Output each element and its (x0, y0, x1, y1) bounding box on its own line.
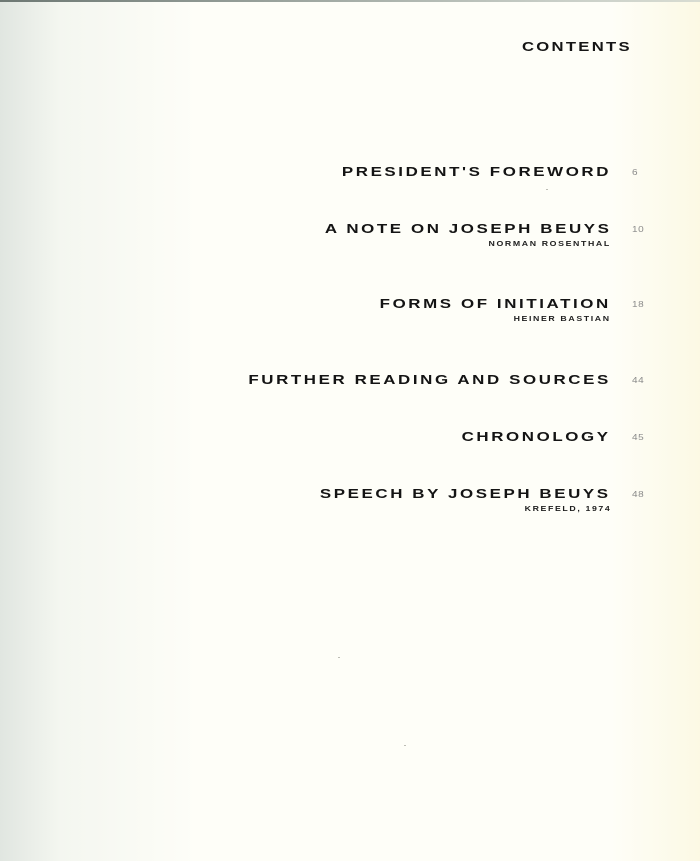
page-top-edge (0, 0, 700, 2)
toc-entry-title: SPEECH BY JOSEPH BEUYS (320, 486, 611, 501)
toc-entry-author: NORMAN ROSENTHAL (489, 241, 611, 248)
toc-entry-page-number: 48 (632, 490, 644, 499)
toc-entry-title: CHRONOLOGY (462, 429, 611, 444)
toc-entry-page-number: 18 (632, 300, 644, 309)
toc-entry-title: PRESIDENT'S FOREWORD (342, 164, 611, 179)
toc-entry-author: KREFELD, 1974 (524, 506, 611, 513)
toc-entry-title: FURTHER READING AND SOURCES (248, 372, 611, 387)
toc-entry-title: FORMS OF INITIATION (380, 296, 611, 311)
toc-entry-page-number: 45 (632, 433, 644, 442)
paper-speck (404, 745, 406, 746)
toc-entry-title: A NOTE ON JOSEPH BEUYS (324, 221, 611, 236)
toc-entry-page-number: 10 (632, 225, 644, 234)
toc-entry-page-number: 44 (632, 376, 644, 385)
paper-speck (546, 189, 548, 190)
toc-entry-page-number: 6 (632, 168, 638, 177)
toc-entry-author: HEINER BASTIAN (514, 316, 611, 323)
page-title: CONTENTS (522, 39, 632, 54)
paper-speck (338, 657, 340, 658)
